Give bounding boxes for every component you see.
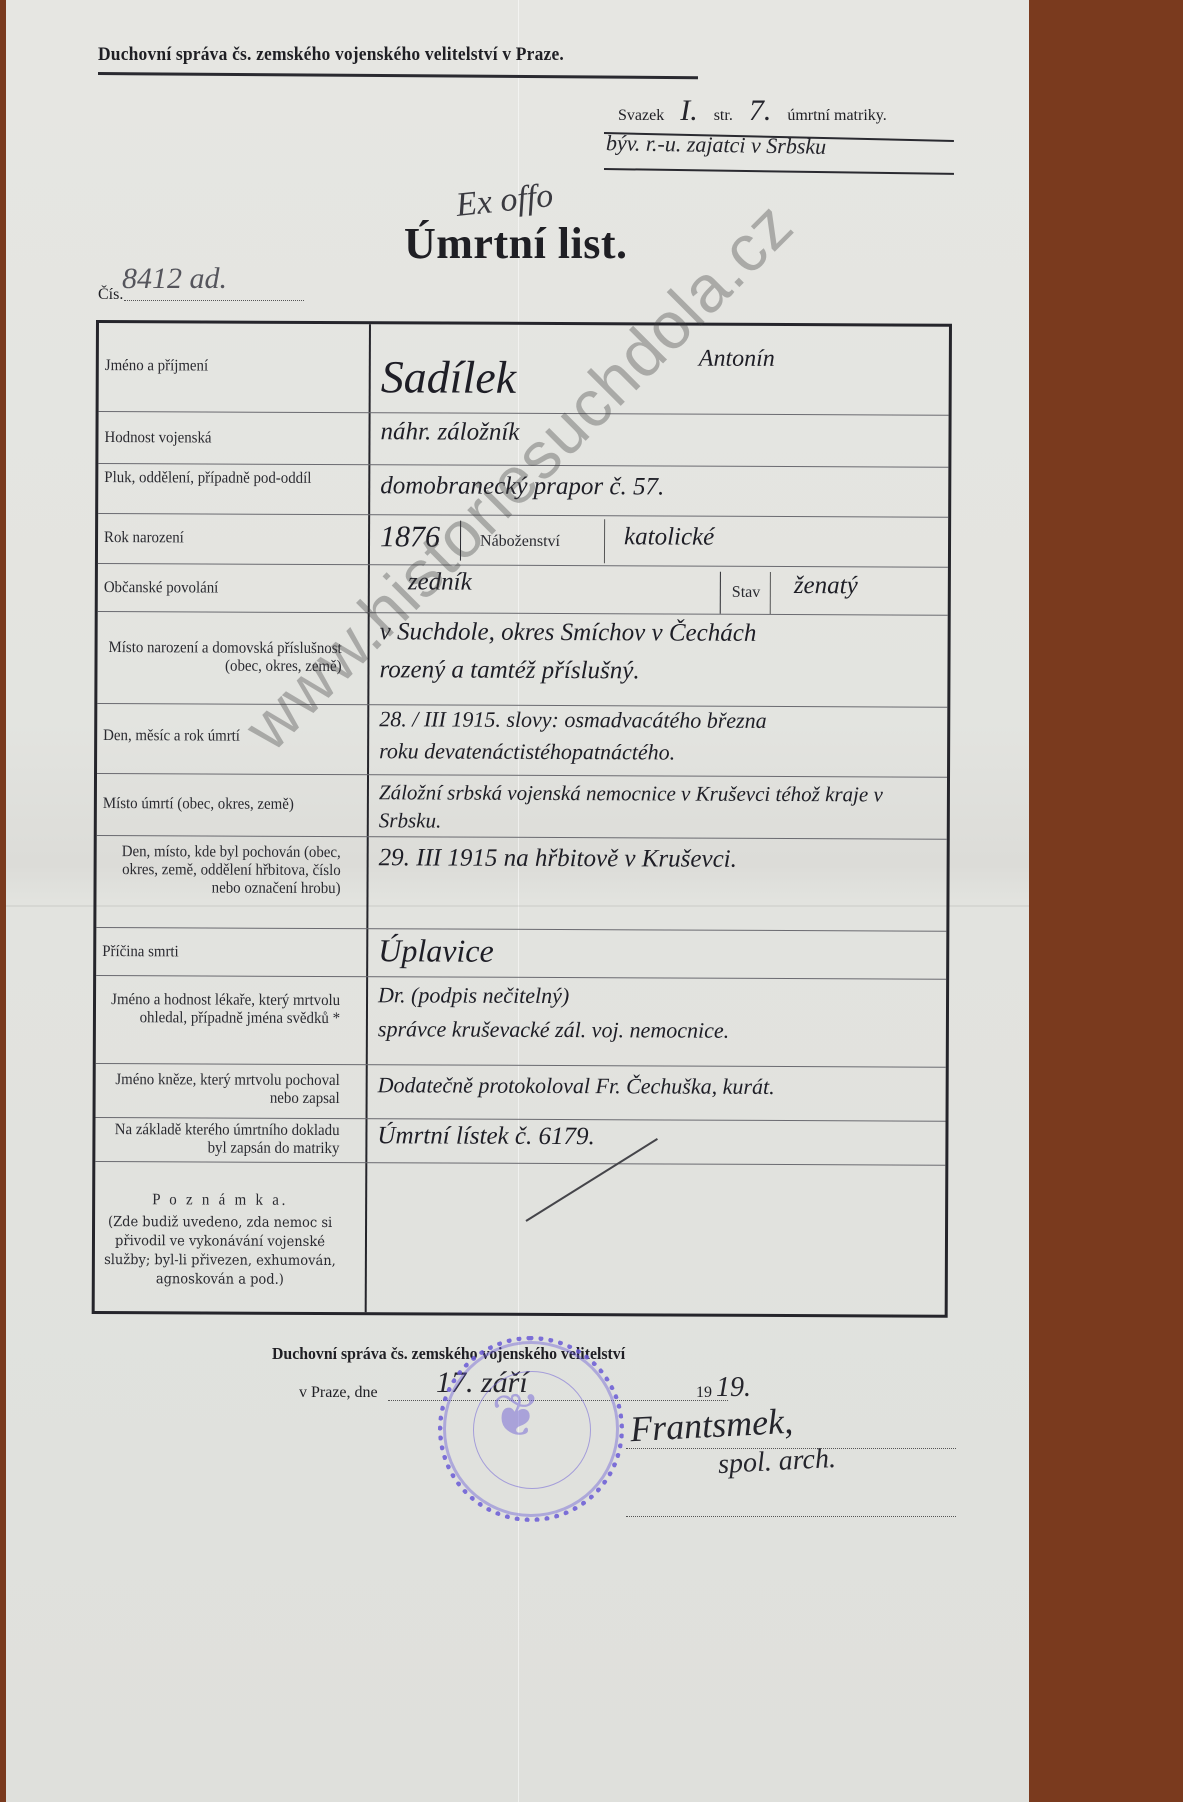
footer-year-handwritten: 19. <box>716 1372 751 1404</box>
form-row-death-date: Den, měsíc a rok úmrtí 28. / III 1915. s… <box>97 703 947 777</box>
number-value: 8412 ad. <box>122 262 227 296</box>
document-title: Úmrtní list. <box>404 218 628 269</box>
label-name: Jméno a příjmení <box>105 357 343 376</box>
value-death-date-words: roku devatenáctistéhopatnáctého. <box>379 738 675 765</box>
value-cause: Úplavice <box>378 932 494 970</box>
label-birth-year: Rok narození <box>104 529 342 548</box>
header-underline <box>98 72 698 79</box>
label-marital-status: Stav <box>732 584 761 602</box>
value-doctor: Dr. (podpis nečitelný) <box>378 982 569 1009</box>
form-row-birthplace: Místo narození a domovská příslušnost (o… <box>97 611 947 707</box>
value-rank: náhr. záložník <box>380 418 519 447</box>
value-death-place: Záložní srbská vojenská nemocnice v Kruš… <box>379 778 949 836</box>
register-reference: Svazek I. str. 7. úmrtní matriky. <box>618 94 958 128</box>
value-surname: Sadílek <box>381 350 517 404</box>
label-death-date: Den, měsíc a rok úmrtí <box>103 727 341 746</box>
value-religion: katolické <box>624 523 714 551</box>
label-priest: Jméno kněze, který mrtvolu pochoval nebo… <box>102 1071 340 1108</box>
label-cause: Příčina smrti <box>102 943 340 962</box>
value-death-date: 28. / III 1915. slovy: osmadvacátého bře… <box>379 706 766 734</box>
label-death-place: Místo úmrtí (obec, okres, země) <box>103 795 341 814</box>
form-row-cause: Příčina smrti Úplavice <box>96 927 946 979</box>
form-row-priest: Jméno kněze, který mrtvolu pochoval nebo… <box>96 1063 946 1121</box>
form-row-note: P o z n á m k a. (Zde budiž uvedeno, zda… <box>95 1161 946 1315</box>
svazek-value: I. <box>680 94 698 128</box>
str-value: 7. <box>749 94 772 128</box>
death-certificate-form: Jméno a příjmení Sadílek Antonín Hodnost… <box>92 320 952 1318</box>
svazek-note: býv. r.-u. zajatci v Srbsku <box>606 130 827 160</box>
label-occupation: Občanské povolání <box>104 579 342 598</box>
number-dotted-line <box>124 300 304 301</box>
form-row-document-basis: Na základě kterého úmrtního dokladu byl … <box>95 1117 945 1165</box>
label-regiment: Pluk, oddělení, případně pod-oddíl <box>104 469 342 488</box>
form-row-birth-year: Rok narození 1876 Náboženství katolické <box>98 513 948 567</box>
footer-year-printed: 19 <box>696 1384 712 1402</box>
label-rank: Hodnost vojenská <box>104 429 342 448</box>
note-instructions: (Zde budiž uvedeno, zda nemoc si přivodi… <box>101 1213 339 1290</box>
value-burial: 29. III 1915 na hřbitově v Kruševci. <box>379 844 737 874</box>
signature: Frantsmek, <box>629 1400 794 1450</box>
coat-of-arms-icon: ❦ <box>491 1381 541 1451</box>
footer-place-label: v Praze, dne <box>299 1384 378 1402</box>
value-occupation: zedník <box>408 568 472 596</box>
form-row-regiment: Pluk, oddělení, případně pod-oddíl domob… <box>98 463 948 517</box>
form-row-burial: Den, místo, kde byl pochován (obec, okre… <box>96 835 946 931</box>
form-row-doctor: Jméno a hodnost lékaře, který mrtvolu oh… <box>96 975 946 1067</box>
header-organization: Duchovní správa čs. zemského vojenského … <box>98 44 564 66</box>
form-row-death-place: Místo úmrtí (obec, okres, země) Záložní … <box>97 773 947 839</box>
str-label: str. <box>714 107 733 125</box>
form-row-name: Jméno a příjmení Sadílek Antonín <box>99 323 949 415</box>
value-marital-status: ženatý <box>794 572 858 600</box>
value-document-basis: Úmrtní lístek č. 6179. <box>377 1122 594 1151</box>
label-doctor: Jméno a hodnost lékaře, který mrtvolu oh… <box>102 991 340 1028</box>
value-birth-year: 1876 <box>380 520 440 554</box>
label-birthplace: Místo narození a domovská příslušnost (o… <box>103 639 341 676</box>
value-priest: Dodatečně protokoloval Fr. Čechuška, kur… <box>378 1072 775 1100</box>
value-regiment: domobranecký prapor č. 57. <box>380 472 664 501</box>
document-paper: Duchovní správa čs. zemského vojenského … <box>6 0 1029 1802</box>
value-domicile: rozený a tamtéž příslušný. <box>379 656 639 685</box>
label-document-basis: Na základě kterého úmrtního dokladu byl … <box>101 1121 339 1158</box>
label-religion: Náboženství <box>480 533 560 551</box>
matriky-label: úmrtní matriky. <box>787 107 886 125</box>
svazek-label: Svazek <box>618 107 664 125</box>
value-birthplace: v Suchdole, okres Smíchov v Čechách <box>380 618 757 648</box>
label-note: P o z n á m k a. <box>101 1191 339 1210</box>
value-firstname: Antonín <box>699 346 775 373</box>
number-label: Čís. <box>98 286 123 304</box>
signature-title: spol. arch. <box>717 1443 836 1481</box>
form-row-occupation: Občanské povolání zedník Stav ženatý <box>98 563 948 615</box>
label-burial: Den, místo, kde byl pochován (obec, okre… <box>102 843 340 898</box>
svazek-rule-2 <box>604 168 954 175</box>
form-row-rank: Hodnost vojenská náhr. záložník <box>98 411 948 467</box>
official-stamp: ❦ <box>438 1336 624 1522</box>
value-doctor-title: správce kruševacké zál. voj. nemocnice. <box>378 1016 729 1044</box>
signature-line-2 <box>626 1516 956 1517</box>
